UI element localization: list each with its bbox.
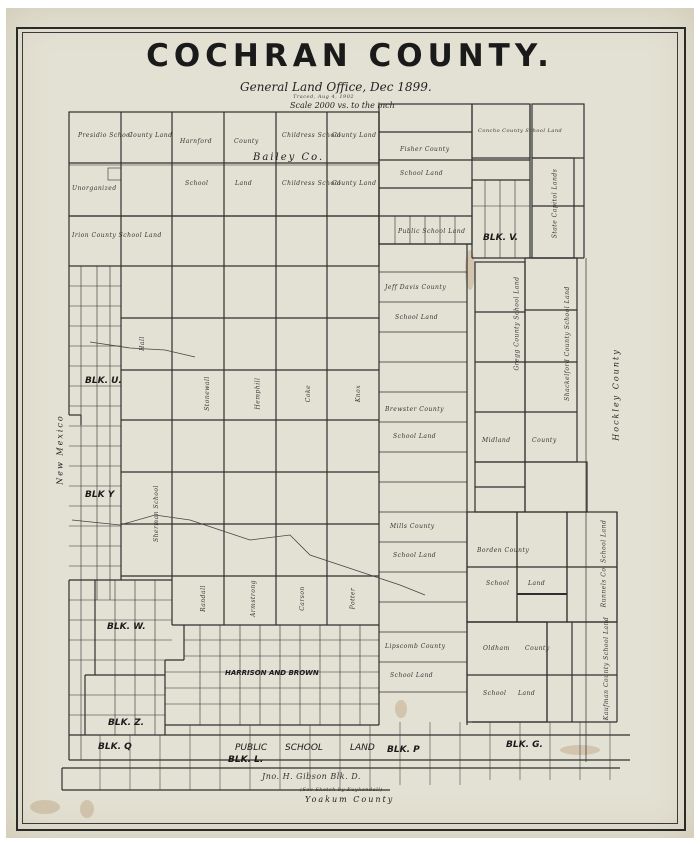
- tract-school-land-e5: School Land: [390, 672, 433, 679]
- tract-knox: Knox: [355, 385, 362, 402]
- tract-school-b: School: [486, 580, 509, 587]
- tract-county-land-3: County Land: [332, 180, 376, 187]
- tract-hemphill: Hemphill: [254, 378, 261, 410]
- block-label-p: BLK. P: [387, 745, 420, 755]
- tract-potter: Potter: [349, 588, 356, 610]
- tract-school: School: [185, 180, 208, 187]
- block-label-z: BLK. Z.: [108, 718, 144, 728]
- block-label-q: BLK. Q: [98, 742, 132, 752]
- tract-land-s: Land: [518, 690, 535, 697]
- tract-mills: Mills County: [390, 523, 435, 530]
- tract-state-capitol: State Capitol Lands: [551, 169, 558, 239]
- label-public: PUBLIC: [235, 743, 267, 753]
- tract-land-b: Land: [528, 580, 545, 587]
- label-land: LAND: [350, 743, 375, 753]
- tract-coke: Coke: [305, 385, 312, 402]
- block-label-y: BLK Y: [85, 490, 114, 500]
- block-label-w: BLK. W.: [107, 622, 146, 632]
- tract-county-o: County: [525, 645, 550, 652]
- tract-school-land-e2: School Land: [395, 314, 438, 321]
- tract-harrison-brown: HARRISON AND BROWN: [225, 669, 319, 677]
- block-label-u: BLK. U.: [85, 376, 122, 386]
- tract-armstrong: Armstrong: [250, 580, 257, 617]
- boundary-west-new-mexico: New Mexico: [56, 414, 65, 484]
- tract-unorganized: Unorganized: [72, 185, 117, 192]
- tract-oldham: Oldham: [483, 645, 510, 652]
- tract-school-land-e1: School Land: [400, 170, 443, 177]
- boundary-east-hockley: Hockley County: [612, 348, 621, 440]
- tract-school-land-e3: School Land: [393, 433, 436, 440]
- tract-school-s: School: [483, 690, 506, 697]
- tract-runnels: Runnels Co. School Land: [600, 520, 607, 608]
- tract-county-mid: County: [532, 437, 557, 444]
- tract-county: County: [234, 138, 259, 145]
- tract-land: Land: [235, 180, 252, 187]
- tract-randall: Randall: [200, 585, 207, 612]
- tract-lipscomb: Lipscomb County: [385, 643, 445, 650]
- tract-carson: Carson: [299, 586, 306, 611]
- tract-public-school-land: Public School Land: [398, 228, 466, 235]
- tract-sherman: Sherman School: [153, 485, 160, 542]
- tract-county-land-2: County Land: [332, 132, 376, 139]
- label-gibson-blk-d: Jno. H. Gibson Blk. D.: [262, 772, 361, 781]
- tract-shackelford: Shackelford County School Land: [564, 286, 571, 401]
- tract-hall: Hall: [139, 336, 146, 351]
- block-label-v: BLK. V.: [483, 233, 518, 243]
- tract-midland: Midland: [482, 437, 511, 444]
- tract-jeff-davis: Jeff Davis County: [385, 284, 446, 291]
- boundary-north-bailey: Bailey Co.: [253, 152, 324, 163]
- survey-grid: [0, 0, 700, 844]
- tract-harnford: Harnford: [180, 138, 212, 145]
- label-school: SCHOOL: [285, 743, 323, 753]
- tract-borden: Borden County: [477, 547, 529, 554]
- tract-concho: Concho County School Land: [478, 128, 562, 134]
- tract-school-land-e4: School Land: [393, 552, 436, 559]
- tract-irion: Irion County School Land: [72, 232, 162, 239]
- tract-county-land: County Land: [128, 132, 172, 139]
- label-sketch-note: (See Sketch by Kuykendall): [300, 787, 383, 793]
- tract-presidio: Presidio School: [78, 132, 133, 139]
- tract-fisher: Fisher County: [400, 146, 450, 153]
- tract-gregg: Gregg County School Land: [514, 276, 521, 370]
- tract-stonewall: Stonewall: [204, 376, 211, 411]
- block-label-g: BLK. G.: [506, 740, 543, 750]
- block-label-l: BLK. L.: [228, 755, 263, 765]
- tract-brewster: Brewster County: [385, 406, 444, 413]
- boundary-south-yoakum: Yoakum County: [305, 795, 394, 804]
- tract-kaufman: Kaufman County School Land: [603, 617, 610, 720]
